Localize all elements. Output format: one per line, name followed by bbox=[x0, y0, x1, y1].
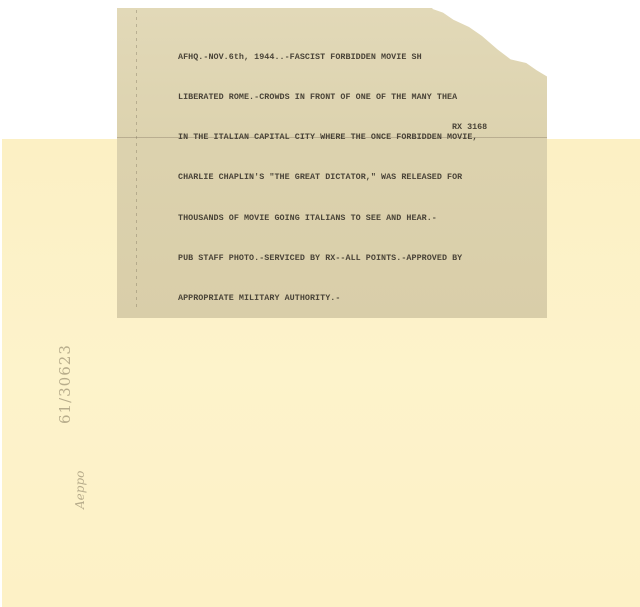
handwritten-archive-number: 61/30623 bbox=[56, 344, 74, 424]
caption-line: CHARLIE CHAPLIN'S "THE GREAT DICTATOR," … bbox=[178, 171, 538, 184]
reference-code: RX 3168 bbox=[452, 122, 487, 132]
caption-line: APPROPRIATE MILITARY AUTHORITY.- bbox=[178, 292, 538, 305]
caption-line: LIBERATED ROME.-CROWDS IN FRONT OF ONE O… bbox=[178, 91, 538, 104]
caption-line: AFHQ.-NOV.6th, 1944..-FASCIST FORBIDDEN … bbox=[178, 51, 538, 64]
slip-perforation-mark bbox=[136, 10, 137, 310]
handwritten-note: Aeppo bbox=[73, 471, 87, 509]
typed-caption: AFHQ.-NOV.6th, 1944..-FASCIST FORBIDDEN … bbox=[178, 24, 538, 319]
caption-line: IN THE ITALIAN CAPITAL CITY WHERE THE ON… bbox=[178, 131, 538, 144]
caption-line: PUB STAFF PHOTO.-SERVICED BY RX--ALL POI… bbox=[178, 252, 538, 265]
caption-line: THOUSANDS OF MOVIE GOING ITALIANS TO SEE… bbox=[178, 212, 538, 225]
